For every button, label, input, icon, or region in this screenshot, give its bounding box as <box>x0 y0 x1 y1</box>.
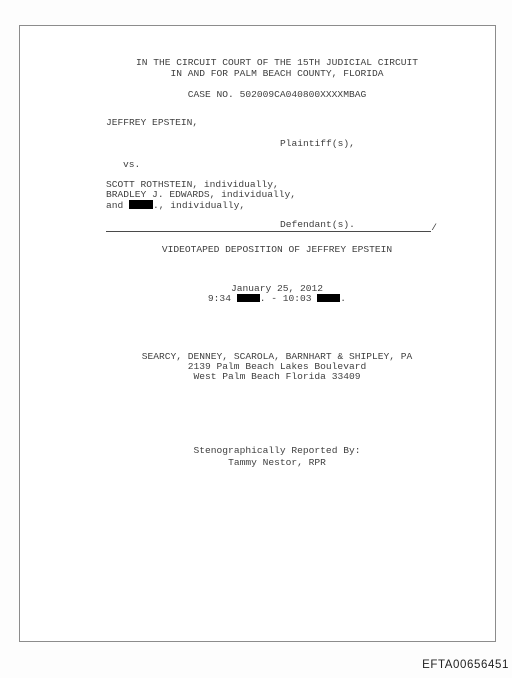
deposition-time: 9:34 . - 10:03 . <box>106 294 448 304</box>
caption-separator-rule: / <box>106 222 437 233</box>
time-start: 9:34 <box>208 293 237 304</box>
caption-rule-line <box>106 231 431 232</box>
scanned-document-screenshot: { "page": { "court": { "line1": "IN THE … <box>0 0 512 678</box>
redaction-box-time-1 <box>237 294 260 302</box>
redaction-box-defendant-name <box>129 200 153 209</box>
court-name-line2: IN AND FOR PALM BEACH COUNTY, FLORIDA <box>106 69 448 79</box>
redaction-box-time-2 <box>317 294 340 302</box>
time-middle: . - 10:03 <box>260 293 318 304</box>
reporter-label: Stenographically Reported By: <box>106 446 448 456</box>
plaintiff-label: Plaintiff(s), <box>280 139 355 149</box>
reporter-name: Tammy Nestor, RPR <box>106 458 448 468</box>
defendant-line-3-prefix: and <box>106 200 129 211</box>
defendant-line-3-suffix: ., individually, <box>153 200 245 211</box>
bates-number: EFTA00656451 <box>422 659 509 671</box>
case-number: CASE NO. 502009CA040800XXXXMBAG <box>106 90 448 100</box>
deposition-title: VIDEOTAPED DEPOSITION OF JEFFREY EPSTEIN <box>106 245 448 255</box>
plaintiff-name: JEFFREY EPSTEIN, <box>106 118 198 128</box>
law-firm-address-city: West Palm Beach Florida 33409 <box>106 372 448 382</box>
defendant-line-2: BRADLEY J. EDWARDS, individually, <box>106 190 296 200</box>
defendant-line-3: and ., individually, <box>106 200 245 211</box>
caption-separator-slash: / <box>431 223 437 233</box>
time-end: . <box>340 293 346 304</box>
court-name-line1: IN THE CIRCUIT COURT OF THE 15TH JUDICIA… <box>106 58 448 68</box>
document-page: IN THE CIRCUIT COURT OF THE 15TH JUDICIA… <box>19 25 496 642</box>
versus-label: vs. <box>123 160 140 170</box>
